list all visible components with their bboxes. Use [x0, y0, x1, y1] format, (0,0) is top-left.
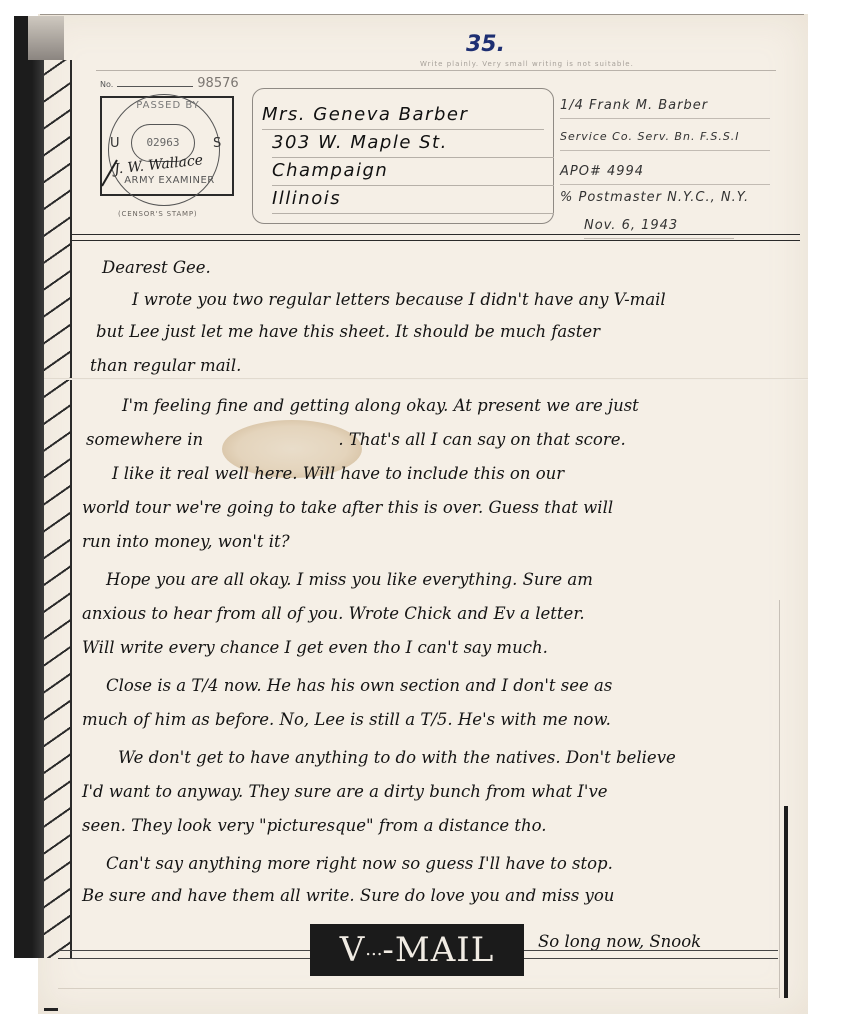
stamp-letter-s: S: [213, 136, 221, 151]
paper-fold: [44, 378, 808, 380]
letter-line: run into money, won't it?: [82, 532, 290, 551]
recipient-street: 303 W. Maple St.: [272, 132, 554, 158]
serial-underline: [117, 86, 193, 87]
corner-mark: [44, 1008, 58, 1011]
bottom-rule-3: [58, 988, 778, 989]
vmail-dots: ...: [365, 939, 382, 960]
stamp-letter-u: U: [110, 136, 120, 151]
letter-line: Close is a T/4 now. He has his own secti…: [106, 676, 612, 695]
letter-line: I'd want to anyway. They sure are a dirt…: [82, 782, 608, 801]
stamp-triangle-icon: [102, 160, 132, 188]
band-fade: [28, 16, 64, 60]
recipient-state: Illinois: [272, 188, 554, 214]
recipient-city: Champaign: [272, 160, 554, 186]
serial-value: 98576: [197, 76, 238, 91]
top-border: [40, 14, 804, 15]
body-top-rule-2: [70, 240, 800, 241]
censor-stamp-caption: (CENSOR'S STAMP): [118, 210, 197, 218]
letter-line: much of him as before. No, Lee is still …: [82, 710, 611, 729]
page-number: 35.: [466, 32, 505, 57]
recipient-name: Mrs. Geneva Barber: [262, 104, 544, 130]
left-dark-band: [14, 16, 44, 958]
stamp-passed-by: PASSED BY: [133, 100, 203, 111]
letter-line: seen. They look very "picturesque" from …: [82, 816, 547, 835]
salutation: Dearest Gee.: [102, 258, 211, 277]
letter-line: than regular mail.: [90, 356, 241, 375]
letter-line: anxious to hear from all of you. Wrote C…: [82, 604, 585, 623]
sender-unit: Service Co. Serv. Bn. F.S.S.I: [560, 130, 770, 151]
header-rule: [96, 70, 776, 71]
letter-line: Will write every chance I get even tho I…: [82, 638, 548, 657]
sender-apo: APO# 4994: [560, 164, 770, 185]
hatched-margin: [44, 60, 72, 958]
letter-line: world tour we're going to take after thi…: [82, 498, 613, 517]
vmail-v: V: [340, 930, 366, 970]
letter-line: but Lee just let me have this sheet. It …: [96, 322, 600, 341]
right-margin-rule: [779, 600, 780, 998]
vmail-logo: V...-MAIL: [310, 924, 524, 976]
body-top-rule: [70, 234, 800, 235]
letter-line: We don't get to have anything to do with…: [118, 748, 676, 767]
vmail-rest: -MAIL: [382, 930, 494, 970]
letter-closing: So long now, Snook: [538, 932, 701, 951]
sender-name: 1/4 Frank M. Barber: [560, 98, 770, 119]
sender-postmaster: % Postmaster N.Y.C., N.Y.: [560, 190, 770, 210]
letter-line: somewhere in . That's all I can say on t…: [86, 430, 626, 449]
letter-line: Can't say anything more right now so gue…: [106, 854, 613, 873]
letter-line: I'm feeling fine and getting along okay.…: [122, 396, 639, 415]
letter-line: I wrote you two regular letters because …: [132, 290, 666, 309]
letter-line: I like it real well here. Will have to i…: [112, 464, 564, 483]
writing-instructions: Write plainly. Very small writing is not…: [420, 60, 634, 68]
serial-label: No.: [100, 80, 113, 89]
letter-line: Be sure and have them all write. Sure do…: [82, 886, 614, 905]
letter-line: Hope you are all okay. I miss you like e…: [106, 570, 593, 589]
letter-date: Nov. 6, 1943: [584, 218, 734, 239]
right-dark-rule: [784, 806, 788, 998]
serial-number: No.98576: [100, 76, 239, 91]
